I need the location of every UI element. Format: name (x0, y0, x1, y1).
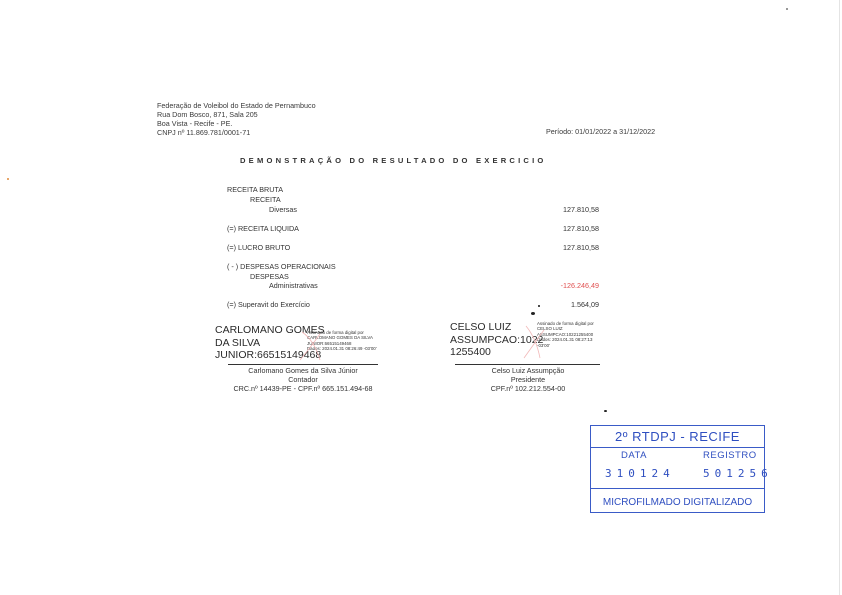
right-signatory-role: Presidente (428, 375, 628, 384)
left-signatory-name: Carlomano Gomes da Silva Júnior (203, 366, 403, 375)
org-address: Rua Dom Bosco, 871, Sala 205 (157, 110, 316, 119)
receita-liquida-label: (=) RECEITA LIQUIDA (227, 224, 299, 233)
registry-stamp: 2º RTDPJ - RECIFE DATA REGISTRO 310124 5… (590, 425, 765, 513)
despesas-label: DESPESAS (250, 272, 289, 281)
right-signatory-info: Celso Luiz Assumpção Presidente CPF.nº 1… (428, 366, 628, 393)
receita-label: RECEITA (250, 195, 281, 204)
right-signature-line (455, 364, 600, 365)
administrativas-label: Administrativas (269, 281, 318, 290)
stamp-registro-value: 501256 (703, 467, 773, 480)
scan-speck (786, 8, 788, 10)
page-edge (839, 0, 840, 595)
scan-speck (531, 312, 535, 315)
org-city: Boa Vista - Recife - PE. (157, 119, 316, 128)
receita-liquida-value: 127.810,58 (479, 224, 599, 233)
period: Período: 01/01/2022 a 31/12/2022 (546, 127, 655, 136)
stamp-data-value: 310124 (605, 467, 675, 480)
scan-speck (604, 410, 607, 412)
left-signature-line (228, 364, 378, 365)
left-signature-mark-icon (298, 326, 328, 366)
stamp-data-label: DATA (621, 450, 647, 461)
stamp-title: 2º RTDPJ - RECIFE (591, 429, 764, 444)
superavit-label: (=) Superavit do Exercício (227, 300, 310, 309)
diversas-label: Diversas (269, 205, 297, 214)
lucro-bruto-value: 127.810,58 (479, 243, 599, 252)
document-title: DEMONSTRAÇÃO DO RESULTADO DO EXERCICIO (240, 156, 547, 165)
left-signatory-info: Carlomano Gomes da Silva Júnior Contador… (203, 366, 403, 393)
org-cnpj: CNPJ nº 11.869.781/0001-71 (157, 128, 316, 137)
org-name: Federação de Voleibol do Estado de Perna… (157, 101, 316, 110)
administrativas-value: -126.246,49 (479, 281, 599, 290)
stamp-divider-top (591, 447, 764, 448)
diversas-value: 127.810,58 (479, 205, 599, 214)
stamp-registro-label: REGISTRO (703, 450, 757, 461)
scan-speck (7, 178, 9, 180)
right-signature-mark-icon (520, 322, 550, 362)
left-signatory-role: Contador (203, 375, 403, 384)
stamp-footer: MICROFILMADO DIGITALIZADO (591, 497, 764, 508)
organization-header: Federação de Voleibol do Estado de Perna… (157, 101, 316, 137)
lucro-bruto-label: (=) LUCRO BRUTO (227, 243, 290, 252)
stamp-divider-bottom (591, 488, 764, 489)
right-signatory-name: Celso Luiz Assumpção (428, 366, 628, 375)
receita-bruta-label: RECEITA BRUTA (227, 185, 283, 194)
scan-speck (538, 305, 540, 307)
despesas-operacionais-label: ( - ) DESPESAS OPERACIONAIS (227, 262, 336, 271)
left-signatory-doc: CRC.nº 14439-PE - CPF.nº 665.151.494-68 (203, 384, 403, 393)
right-signatory-doc: CPF.nº 102.212.554-00 (428, 384, 628, 393)
